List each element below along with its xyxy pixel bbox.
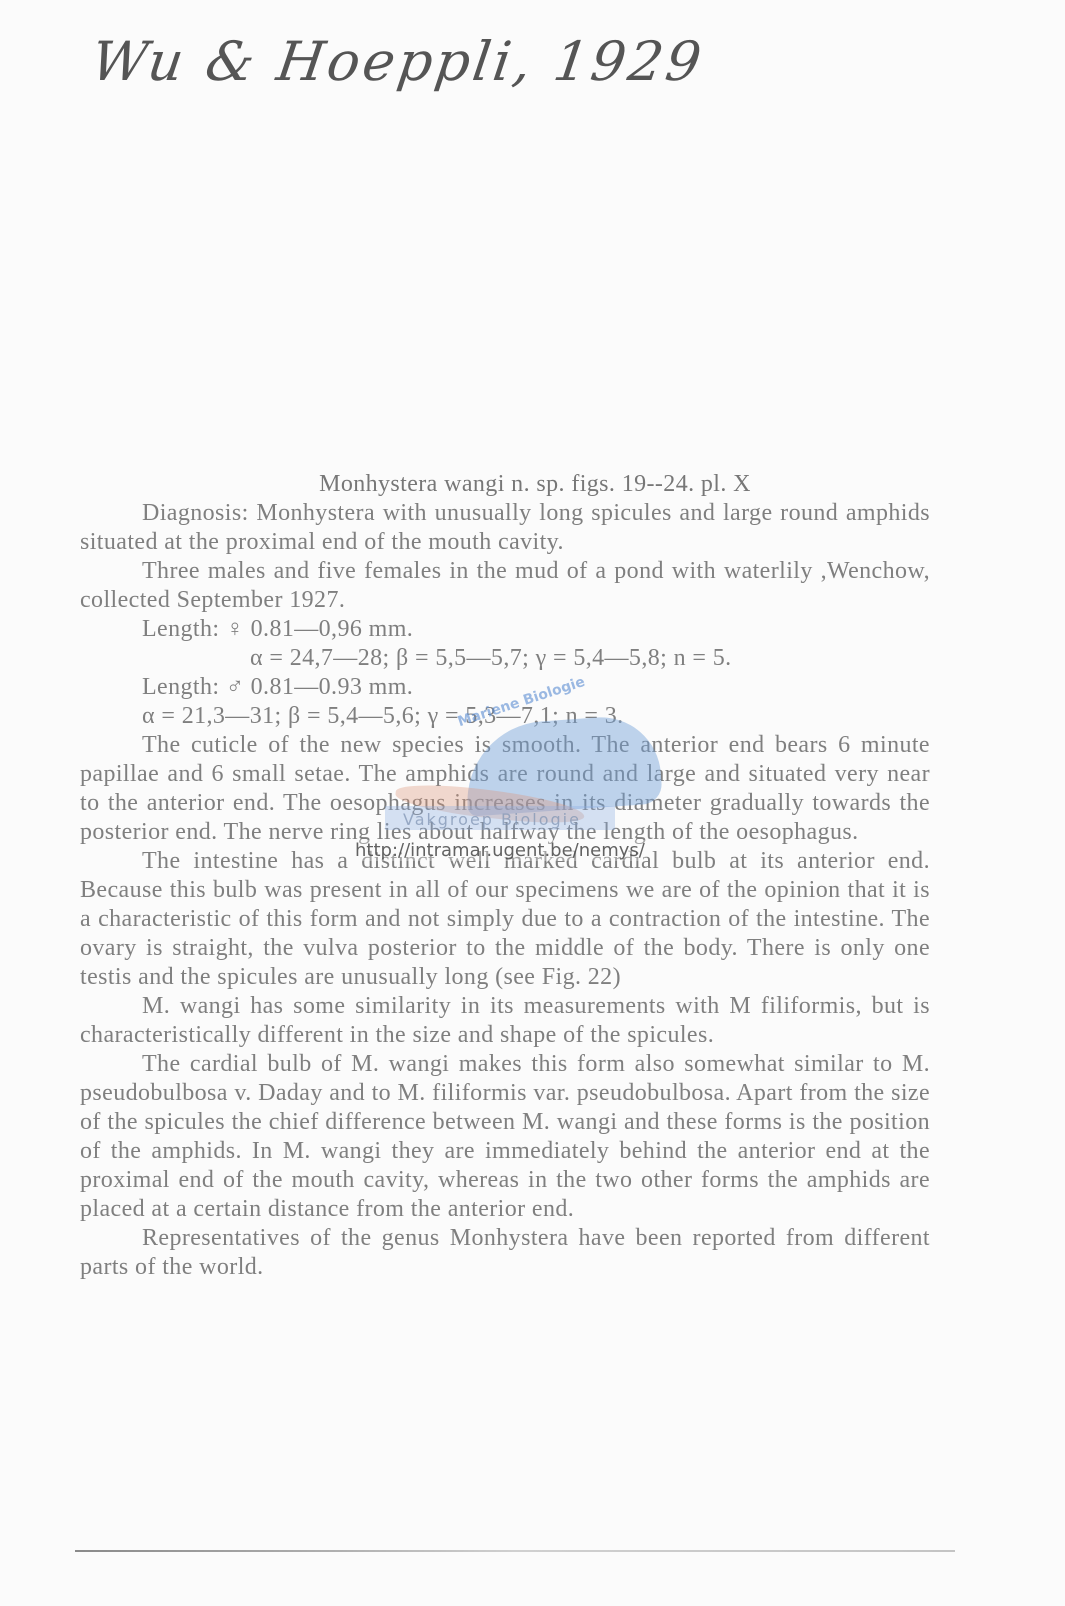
female-length: Length: ♀ 0.81—0,96 mm.: [80, 615, 930, 644]
bottom-rule: [75, 1550, 955, 1552]
cuticle-paragraph: The cuticle of the new species is smooth…: [80, 731, 930, 847]
species-heading: Monhystera wangi n. sp. figs. 19--24. pl…: [140, 470, 930, 499]
cardial-bulb-paragraph: The cardial bulb of M. wangi makes this …: [80, 1050, 930, 1224]
species-description: Monhystera wangi n. sp. figs. 19--24. pl…: [80, 470, 930, 1282]
diagnosis-paragraph: Diagnosis: Monhystera with unusually lon…: [80, 499, 930, 557]
handwritten-citation: Wu & Hoeppli, 1929: [88, 30, 708, 93]
intestine-paragraph: The intestine has a distinct well marked…: [80, 847, 930, 992]
male-ratios: α = 21,3—31; β = 5,4—5,6; γ = 5,3—7,1; n…: [80, 702, 930, 731]
material-paragraph: Three males and five females in the mud …: [80, 557, 930, 615]
similarity-paragraph: M. wangi has some similarity in its meas…: [80, 992, 930, 1050]
male-length: Length: ♂ 0.81—0.93 mm.: [80, 673, 930, 702]
distribution-paragraph: Representatives of the genus Monhystera …: [80, 1224, 930, 1282]
female-ratios: α = 24,7—28; β = 5,5—5,7; γ = 5,4—5,8; n…: [80, 644, 930, 673]
